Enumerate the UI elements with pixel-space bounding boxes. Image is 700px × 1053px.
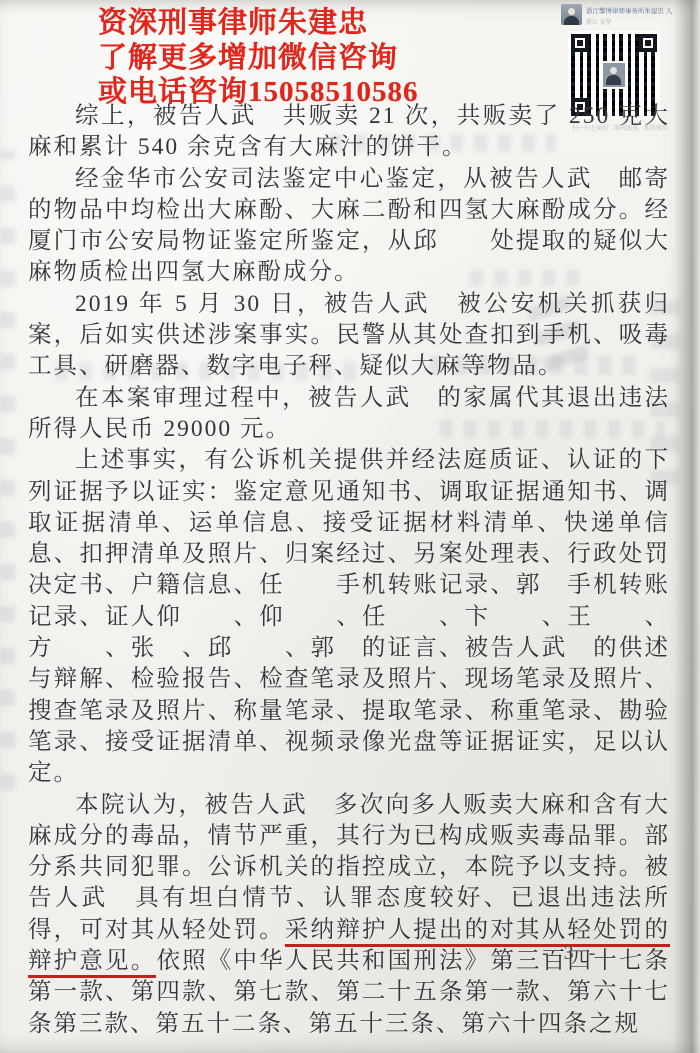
person-icon: 人 (666, 8, 673, 15)
wechat-profile-region: 浙江 金华 (586, 17, 672, 26)
wechat-profile-name: 浙江擎博律师事务所朱建忠 人 (586, 6, 672, 15)
paragraph-restitution: 在本案审理过程中，被告人武 的家属代其退出违法所得人民币 29000 元。 (28, 383, 670, 446)
lawyer-ad-overlay: 资深刑事律师朱建忠 了解更多增加微信咨询 或电话咨询15058510586 (98, 6, 419, 110)
paragraph-evidence-list: 上述事实，有公诉机关提供并经法庭质证、认证的下列证据予以证实：鉴定意见通知书、调… (28, 445, 670, 789)
judgment-body-text: 综上，被告人武 共贩卖 21 次，共贩卖了 250 克大麻和累计 540 余克含… (28, 101, 670, 1040)
qr-finder-icon (639, 34, 657, 52)
qr-finder-icon (571, 34, 589, 52)
scanned-judgment-page: 资深刑事律师朱建忠 了解更多增加微信咨询 或电话咨询15058510586 浙江… (0, 0, 700, 1053)
paragraph-arrest: 2019 年 5 月 30 日，被告人武 被公安机关抓获归案，后如实供述涉案事实… (28, 289, 670, 383)
paragraph-summary: 综上，被告人武 共贩卖 21 次，共贩卖了 250 克大麻和累计 540 余克含… (28, 101, 670, 164)
wechat-name-text: 浙江擎博律师事务所朱建忠 (586, 8, 664, 15)
scan-edge-shadow (674, 0, 700, 1053)
ad-line-lawyer-name: 资深刑事律师朱建忠 (98, 6, 419, 41)
paragraph-forensics: 经金华市公安司法鉴定中心鉴定，从被告人武 邮寄的物品中均检出大麻酚、大麻二酚和四… (28, 164, 670, 289)
qr-center-avatar (601, 61, 627, 89)
wechat-profile-header: 浙江擎博律师事务所朱建忠 人 浙江 金华 (561, 4, 679, 26)
paragraph-court-ruling: 本院认为，被告人武 多次向多人贩卖大麻和含有大麻成分的毒品，情节严重，其行为已构… (28, 790, 670, 1040)
ad-line-wechat: 了解更多增加微信咨询 (98, 41, 419, 76)
page-number: - 3 - (542, 942, 600, 965)
lawyer-avatar (561, 4, 582, 25)
bleed-through-mark (0, 150, 15, 790)
